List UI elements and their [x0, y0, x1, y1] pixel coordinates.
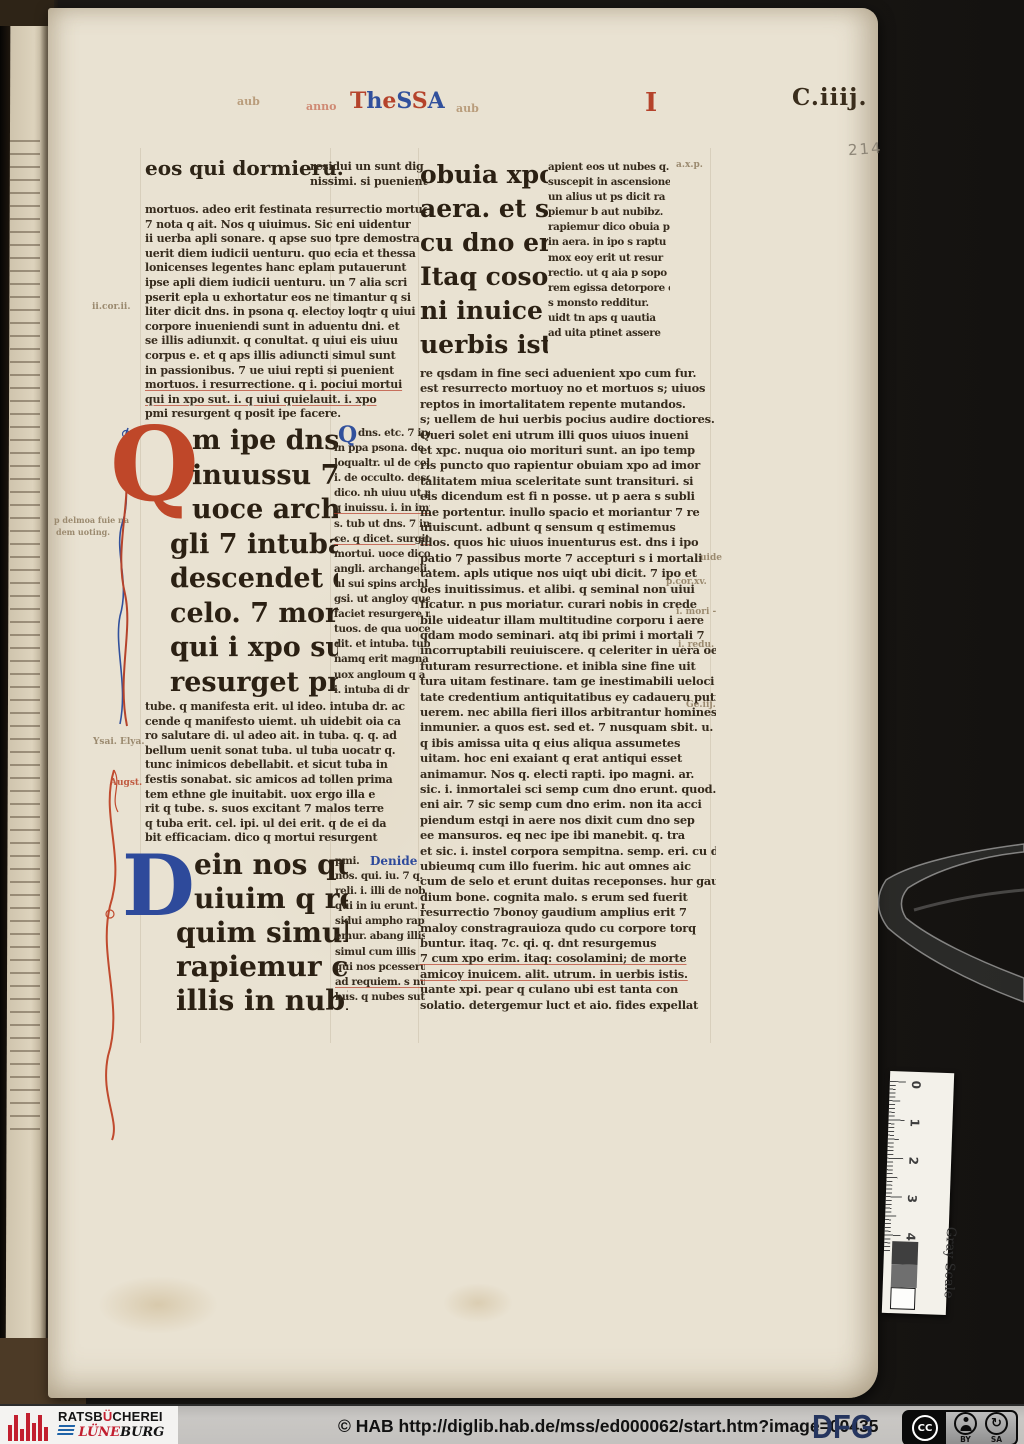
- text-line: aera. et sic sep: [420, 192, 548, 226]
- gloss-column-1: dns. etc. 7 ipe dece:in ppa psona. de ce…: [334, 426, 430, 698]
- text-line: apient eos ut nubes q.: [548, 160, 670, 175]
- text-line: uante xpi. pear q culano ubi est tanta c…: [420, 982, 716, 997]
- text-line: qui i xpo sut: [170, 631, 338, 666]
- text-line: un alius ut ps dicit ra: [548, 190, 670, 205]
- text-line: celo. 7 mortui: [170, 597, 338, 632]
- cc-license-terms: BY ↻ SA: [946, 1412, 1016, 1444]
- text-line: pserit epla u exhortatur eos ne timantur…: [145, 291, 427, 306]
- text-line: ubieumq cum illo fuerim. hic aut omnes a…: [420, 859, 716, 874]
- text-line: Itaq cosolami: [420, 260, 548, 294]
- text-line: uoce archan: [170, 493, 338, 528]
- text-line: rapiemur cu: [176, 950, 348, 984]
- library-name-line1: RATSBÜCHEREI: [58, 1409, 163, 1424]
- text-line: talitatem miua sceleritate sunt transitu…: [420, 474, 716, 489]
- gray-scale-ruler: 0 1 2 3 4 Gray Scale: [882, 1071, 954, 1315]
- cc-sa-label: SA: [991, 1436, 1002, 1444]
- library-name-part: CHEREI: [112, 1409, 162, 1424]
- bible-lemma-3: obuia xpo inaera. et sic sepcu dno erimu…: [420, 158, 548, 362]
- text-line: uiuim q reli: [176, 882, 348, 916]
- text-line: tem ethne gle inuitabit. uox ergo illa e: [145, 788, 427, 803]
- text-line: Queri solet eni utrum illi quos uiuos in…: [420, 428, 716, 443]
- text-line: ad uita ptinet assere: [548, 326, 670, 341]
- text-line: simul cum illis: [335, 945, 425, 960]
- margin-mark: a.x.p.: [676, 160, 703, 170]
- text-line: dium bone. cognita malo. s erum sed fuer…: [420, 890, 716, 905]
- text-line: ficatur. n pus moriatur. curari nobis in…: [420, 597, 716, 612]
- attribution-person-icon: [954, 1412, 977, 1435]
- commentary-block-3: re qsdam in fine seci aduenient xpo cum …: [420, 366, 716, 1013]
- parchment-stain: [443, 1283, 513, 1323]
- text-line: in passionibus. 7 ue uiui repti si pueni…: [145, 364, 427, 379]
- text-line: uox angloum q a: [334, 668, 430, 683]
- commentary-block-2: tube. q manifesta erit. ul ideo. intuba …: [145, 700, 427, 846]
- text-line: ni inuice in: [420, 294, 548, 328]
- text-line: est resurrecto mortuoy no et mortuos s; …: [420, 381, 716, 396]
- text-line: emur. abang illis: [335, 929, 425, 944]
- text-line: uiuiscunt. adbunt q sensum q estimemus: [420, 520, 716, 535]
- share-alike-arrow-icon: ↻: [985, 1412, 1008, 1435]
- text-line: s monsto redditur.: [548, 296, 670, 311]
- text-line: gsi. ut angloy que: [334, 592, 430, 607]
- text-line: s. tub ut dns. 7 in uo: [334, 517, 430, 532]
- text-line: ce. q dicet. surgite: [334, 532, 430, 547]
- text-line: se illis adiunxit. q conultat. q uiui ei…: [145, 334, 427, 349]
- title-letter: e: [382, 88, 396, 114]
- text-line: tube. q manifesta erit. ul ideo. intuba …: [145, 700, 427, 715]
- text-line: buntur. itaq. 7c. qi. q. dnt resurgemus: [420, 936, 716, 951]
- text-line: faciet resurgere mor: [334, 607, 430, 622]
- text-line: inuussu 7 in: [170, 459, 338, 494]
- gloss-column-3: apient eos ut nubes q.suscepit in ascens…: [548, 160, 670, 341]
- bible-lemma-2: ein nos quiuiuim q reliquim simulrapiemu…: [176, 848, 348, 1018]
- library-name-part: RATSB: [58, 1409, 103, 1424]
- text-line: obuia xpo in: [420, 158, 548, 192]
- commentary-block-1: mortuos. adeo erit festinata resurrectio…: [145, 203, 427, 422]
- cc-by-item: BY: [954, 1412, 977, 1444]
- text-line: corpus e. et q aps illis adiuncti simul …: [145, 349, 427, 364]
- text-line: ul sui spins archl: [334, 577, 430, 592]
- gray-scale-label: Gray Scale: [941, 1227, 958, 1299]
- text-line: dico. nh uiuu ut p.: [334, 486, 430, 501]
- text-line: incorruptabili reuiuiscere. q celeriter …: [420, 643, 716, 658]
- text-line: sidui ampho rapi: [335, 914, 425, 929]
- text-line: uerem. nec abilla fieri illos arbitrantu…: [420, 705, 716, 720]
- text-line: ad requiem. s nubi: [335, 975, 425, 990]
- text-line: rem egissa detorpore ed: [548, 281, 670, 296]
- text-line: tatem. apls utique nos uiqt ubi dicit. 7…: [420, 566, 716, 581]
- digitized-manuscript-photo: aub anno TheSSA aub I C.iiij. 214 ii.cor…: [0, 0, 1024, 1444]
- text-line: lonicenses legentes hanc eplam putauerun…: [145, 261, 427, 276]
- text-line: piendum estqi in aere nos dixit cum dno …: [420, 813, 716, 828]
- text-line: descendet de: [170, 562, 338, 597]
- text-line: suscepit in ascensione.: [548, 175, 670, 190]
- header-anno: anno: [306, 100, 336, 113]
- text-line: piemur b aut nubibz.: [548, 205, 670, 220]
- text-line: bellum uenit sonat tuba. ul tuba uocatr …: [145, 744, 427, 759]
- chapter-number: C.iiij.: [792, 84, 867, 111]
- text-line: inmunier. a quos est. sed et. 7 nusquam …: [420, 720, 716, 735]
- text-line: angli. archangeli. s.: [334, 562, 430, 577]
- text-line: mox eoy erit ut resur: [548, 251, 670, 266]
- manuscript-page: aub anno TheSSA aub I C.iiij. 214 ii.cor…: [48, 8, 878, 1398]
- text-line: rectio. ut q aia p sopo: [548, 266, 670, 281]
- library-city-part: BURG: [120, 1425, 164, 1440]
- header-gloss-right: aub: [456, 102, 479, 115]
- gray-patch-mid: [891, 1264, 918, 1288]
- commentary-top-right: residui un sunt dignissimi. si puenient: [310, 160, 428, 189]
- text-line: eis dicendum est fi n posse. ut p aera s…: [420, 489, 716, 504]
- text-line: rit q tube. s. suos excitant 7 malos ter…: [145, 802, 427, 817]
- gray-patch-white: [890, 1287, 916, 1310]
- title-letter: S: [396, 88, 411, 114]
- text-line: liter dicit dns. in psona q. electoy loq…: [145, 305, 427, 320]
- bible-lemma-1: m ipe dnsinuussu 7 inuoce archangli 7 in…: [170, 424, 338, 700]
- waves-icon: [57, 1425, 75, 1436]
- text-line: bile uideatur illam multitudine corporu …: [420, 613, 716, 628]
- text-line: gli 7 intuba: [170, 528, 338, 563]
- text-line: nissimi. si puenient: [310, 175, 428, 190]
- text-line: rapiemur dico obuia p.: [548, 220, 670, 235]
- gloss-column-2: pmi.nos. qui. iu. 7 q.reli. i. illi de n…: [335, 854, 425, 1005]
- text-line: qdam modo seminari. atq ibi primi i mort…: [420, 628, 716, 643]
- text-line: tunc inimicos debellabit. et sicut tuba …: [145, 758, 427, 773]
- cc-circle-icon: CC: [912, 1415, 938, 1441]
- text-line: uidt tn aps q uautia: [548, 311, 670, 326]
- text-line: 7 nota q ait. Nos q uiuimus. Sic eni uid…: [145, 218, 427, 233]
- library-name-line2: LÜNEBURG: [58, 1425, 164, 1440]
- text-line: illos. quos hic uiuos inuenturus est. dn…: [420, 535, 716, 550]
- cc-by-label: BY: [960, 1436, 971, 1444]
- plastic-page-holder-strip: [858, 830, 1024, 1030]
- library-logo-area: RATSBÜCHEREI LÜNEBURG: [0, 1406, 178, 1444]
- text-line: ris puncto quo rapientur obuiam xpo ad i…: [420, 458, 716, 473]
- text-line: et sic. i. instel corpora sempitna. semp…: [420, 844, 716, 859]
- text-line: in aera. in ipo s raptu: [548, 235, 670, 250]
- cc-sa-item: ↻ SA: [985, 1412, 1008, 1444]
- text-line: tuos. de qua uoce ad: [334, 622, 430, 637]
- book-numeral: I: [645, 88, 657, 118]
- text-line: q inuissu. i. in impio: [334, 501, 430, 516]
- parchment-stain: [98, 1276, 218, 1334]
- footer-bar: RATSBÜCHEREI LÜNEBURG © HAB http://digli…: [0, 1404, 1024, 1444]
- text-line: ii uerba apli sonare. q apse suo tpre de…: [145, 232, 427, 247]
- text-line: loqualtr. ul de celo.: [334, 456, 430, 471]
- title-letter: A: [428, 88, 445, 114]
- folio-number-pencil: 214: [847, 139, 883, 159]
- text-line: reptos in imortalitatem repente mutandos…: [420, 397, 716, 412]
- text-line: maloy constragrauioza qudo cu corpore to…: [420, 921, 716, 936]
- text-line: ein nos qui: [176, 848, 348, 882]
- library-name-umlaut: Ü: [103, 1409, 113, 1424]
- text-line: in ppa psona. de celo: [334, 441, 430, 456]
- pen-flourish-red: [96, 764, 132, 1144]
- text-line: oes inuitissimus. et alibi. q seminal no…: [420, 582, 716, 597]
- text-line: mortuos. adeo erit festinata resurrectio…: [145, 203, 427, 218]
- margin-note: dem uoting.: [56, 527, 110, 537]
- text-line: uerbis istis.: [420, 328, 548, 362]
- text-line: reli. i. illi de nobis: [335, 884, 425, 899]
- text-line: corpore inueniendi sunt in aduentu dni. …: [145, 320, 427, 335]
- ruler-number: 1: [907, 1118, 921, 1127]
- title-letter: h: [366, 88, 382, 114]
- text-line: tura uitam festinare. tam ge inestimabil…: [420, 674, 716, 689]
- text-line: bus. q nubes sut: [335, 990, 425, 1005]
- text-line: animamur. Nos q. electi rapti. ipo magni…: [420, 767, 716, 782]
- text-line: q tuba erit. cel. ipi. ul dei erit. q de…: [145, 817, 427, 832]
- text-line: namq erit magna: [334, 652, 430, 667]
- title-letter: S: [412, 88, 428, 114]
- library-city-part: LÜNE: [79, 1425, 121, 1440]
- cc-license-badge: CC BY ↻ SA: [902, 1410, 1018, 1444]
- text-line: uerit diem iudicii uenturu. quo ecia et …: [145, 247, 427, 262]
- text-line: dit. et intuba. tuba: [334, 637, 430, 652]
- text-line: illis in nubib: [176, 984, 348, 1018]
- text-line: cum de selo et erunt duitas receponses. …: [420, 874, 716, 889]
- text-line: resurget pmi.: [170, 666, 338, 701]
- text-line: i. intuba di dr: [334, 683, 430, 698]
- book-cover-top-corner: [0, 0, 54, 26]
- text-line: cu dno erimus.: [420, 226, 548, 260]
- header-gloss-left: aub: [237, 95, 260, 108]
- text-line: mortui. uoce dico.: [334, 547, 430, 562]
- text-line: ipse apli diem iudicii uenturu. un 7 ali…: [145, 276, 427, 291]
- text-line: nos. qui. iu. 7 q.: [335, 869, 425, 884]
- text-line: tate credentium antiquitatibus ey cadaue…: [420, 690, 716, 705]
- facing-page-text-lines: [10, 140, 40, 1140]
- text-line: quim simul: [176, 916, 348, 950]
- dfg-logo: DFG: [812, 1408, 873, 1444]
- text-line: ee mansuros. eq nec ipe ibi manebit. q. …: [420, 828, 716, 843]
- text-line: futuram resurrectione. et inibla sine fi…: [420, 659, 716, 674]
- text-line: re qsdam in fine seci aduenient xpo cum …: [420, 366, 716, 381]
- text-line: m ipe dns: [170, 424, 338, 459]
- margin-note: ii.cor.ii.: [92, 302, 130, 312]
- text-line: eni air. 7 sic semp cum dno erim. non it…: [420, 797, 716, 812]
- title-letter: T: [350, 88, 366, 114]
- text-line: residui un sunt dig: [310, 160, 428, 175]
- ruler-number: 4: [904, 1232, 918, 1241]
- ruler-number: 2: [906, 1156, 920, 1165]
- text-line: 7 cum xpo erim. itaq: cosolamini; de mor…: [420, 951, 716, 966]
- text-line: patio 7 passibus morte 7 accepturi s i m…: [420, 551, 716, 566]
- text-line: q ibis amissa uita q eius aliqua assumet…: [420, 736, 716, 751]
- text-line: qui nos pcesserut: [335, 960, 425, 975]
- gray-patch-dark: [892, 1241, 919, 1265]
- text-line: uitam. hoc eni exaiant q erat antiqui es…: [420, 751, 716, 766]
- text-line: qui in iu erunt. re: [335, 899, 425, 914]
- ruler-number: 0: [909, 1080, 923, 1089]
- text-line: i. de occulto. descendet: [334, 471, 430, 486]
- cc-logo: CC: [904, 1412, 946, 1444]
- text-line: solatio. detergemur luct et aio. fides e…: [420, 998, 716, 1013]
- text-line: festis sonabat. sic amicos ad tollen pri…: [145, 773, 427, 788]
- text-line: cende q manifesto uiemt. uh uidebit oia …: [145, 715, 427, 730]
- text-line: et xpc. nuqua oio morituri sunt. an ipo …: [420, 443, 716, 458]
- ruler-number: 3: [905, 1194, 919, 1203]
- text-line: amicoy inuicem. alit. utrum. in uerbis i…: [420, 967, 716, 982]
- text-line: pmi.: [335, 854, 425, 869]
- text-line: s; uellem de hui uerbis pocius audire do…: [420, 412, 716, 427]
- text-line: me portentur. inullo spacio et moriantur…: [420, 505, 716, 520]
- text-line: mortuos. i resurrectione. q i. pociui mo…: [145, 378, 427, 393]
- copyright-url-text: © HAB http://diglib.hab.de/mss/ed000062/…: [338, 1416, 878, 1437]
- running-title-thessa: TheSSA: [350, 88, 445, 114]
- library-bars-icon: [8, 1411, 52, 1441]
- text-line: sic. i. inmortalei sci semp cum dno erun…: [420, 782, 716, 797]
- text-line: dns. etc. 7 ipe dece:: [334, 426, 430, 441]
- text-line: resurrectio 7bonoy gaudium amplius erit …: [420, 905, 716, 920]
- text-line: ro salutare di. ul adeo ait. in tuba. q.…: [145, 729, 427, 744]
